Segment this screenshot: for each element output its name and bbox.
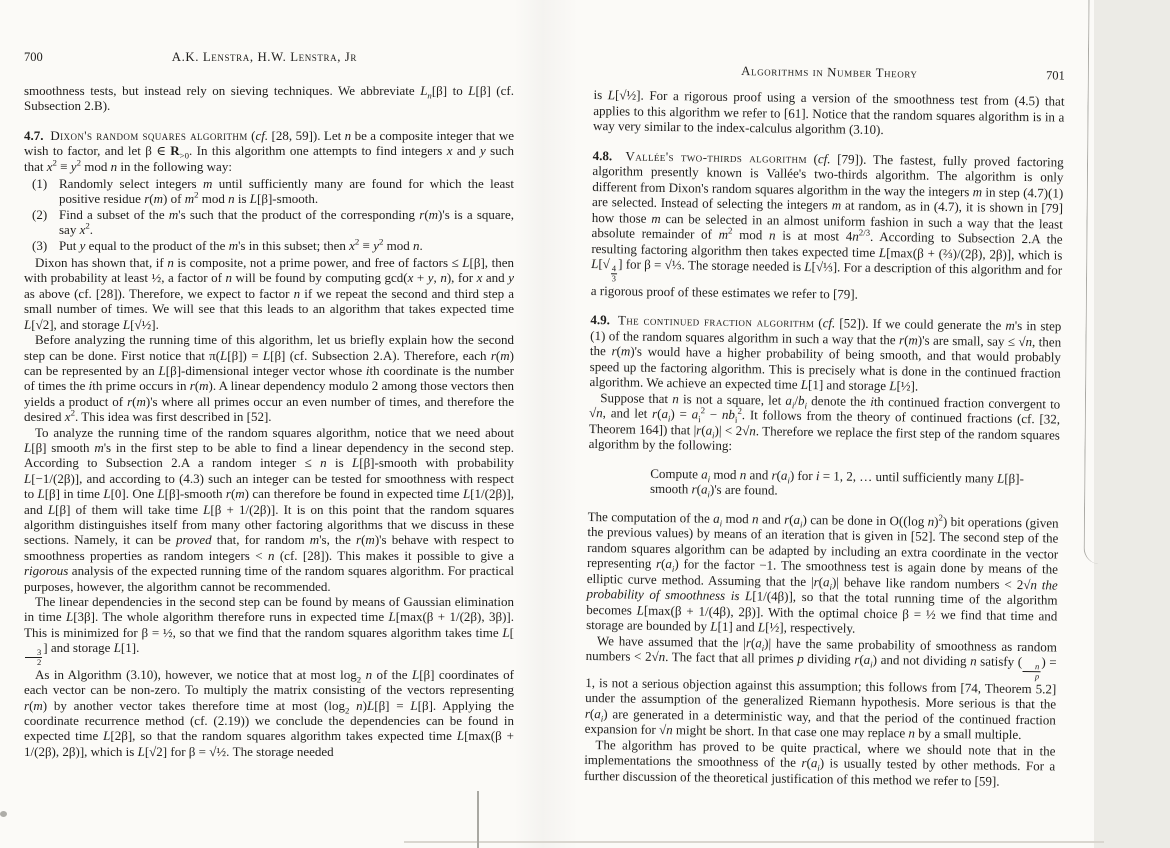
list-item-number: (1) <box>32 176 59 207</box>
gutter-shadow <box>514 0 578 848</box>
paragraph: To analyze the running time of the rando… <box>24 425 514 594</box>
paragraph: Before analyzing the running time of thi… <box>24 332 514 424</box>
algorithm-steps: (1) Randomly select integers m until suf… <box>32 176 514 253</box>
list-item: (3) Put y equal to the product of the m'… <box>32 238 514 253</box>
list-item-text: Randomly select integers m until suffici… <box>59 176 514 207</box>
paragraph: The computation of the ai mod n and r(ai… <box>586 509 1059 640</box>
paragraph-continuation: is L[√½]. For a rigorous proof using a v… <box>593 87 1065 140</box>
left-running-head: A.K. Lenstra, H.W. Lenstra, Jr <box>43 50 486 64</box>
section-4-7: 4.7. Dixon's random squares algorithm (c… <box>24 128 514 174</box>
list-item-text: Find a subset of the m's such that the p… <box>59 207 514 238</box>
list-item-number: (2) <box>32 207 59 238</box>
paragraph: The linear dependencies in the second st… <box>24 594 514 667</box>
section-4-8: 4.8. Vallée's two-thirds algorithm (cf. … <box>591 147 1064 304</box>
bottom-edge-tick <box>477 791 479 848</box>
paragraph: As in Algorithm (3.10), however, we noti… <box>24 667 514 759</box>
page-left: 700 A.K. Lenstra, H.W. Lenstra, Jr smoot… <box>24 50 514 759</box>
paragraph-continuation: smoothness tests, but instead rely on si… <box>24 83 514 114</box>
scan-smudge <box>0 811 7 817</box>
section-4-9: 4.9. The continued fraction algorithm (c… <box>589 312 1061 396</box>
list-item-text: Put y equal to the product of the m's in… <box>59 238 514 253</box>
list-item: (1) Randomly select integers m until suf… <box>32 176 514 207</box>
page-right: Algorithms in Number Theory 701 is L[√½]… <box>584 62 1065 790</box>
book-scan: 700 A.K. Lenstra, H.W. Lenstra, Jr smoot… <box>0 0 1170 848</box>
paragraph: Suppose that n is not a square, let ai/b… <box>589 390 1061 459</box>
bottom-page-shadow <box>404 841 1104 843</box>
paragraph: We have assumed that the |r(ai)| have th… <box>585 633 1057 744</box>
list-item: (2) Find a subset of the m's such that t… <box>32 207 514 238</box>
scanner-backdrop <box>1094 0 1170 848</box>
list-item-number: (3) <box>32 238 59 253</box>
display-block: Compute ai mod n and r(ai) for i = 1, 2,… <box>650 465 1059 502</box>
left-page-header: 700 A.K. Lenstra, H.W. Lenstra, Jr <box>24 50 514 64</box>
right-page-number: 701 <box>1019 68 1065 83</box>
header-spacer <box>594 73 640 74</box>
left-page-number: 700 <box>24 50 43 64</box>
paragraph: Dixon has shown that, if n is composite,… <box>24 255 514 332</box>
right-page-header: Algorithms in Number Theory 701 <box>594 62 1065 83</box>
paragraph: The algorithm has proved to be quite pra… <box>584 737 1056 790</box>
right-running-head: Algorithms in Number Theory <box>640 63 1019 82</box>
